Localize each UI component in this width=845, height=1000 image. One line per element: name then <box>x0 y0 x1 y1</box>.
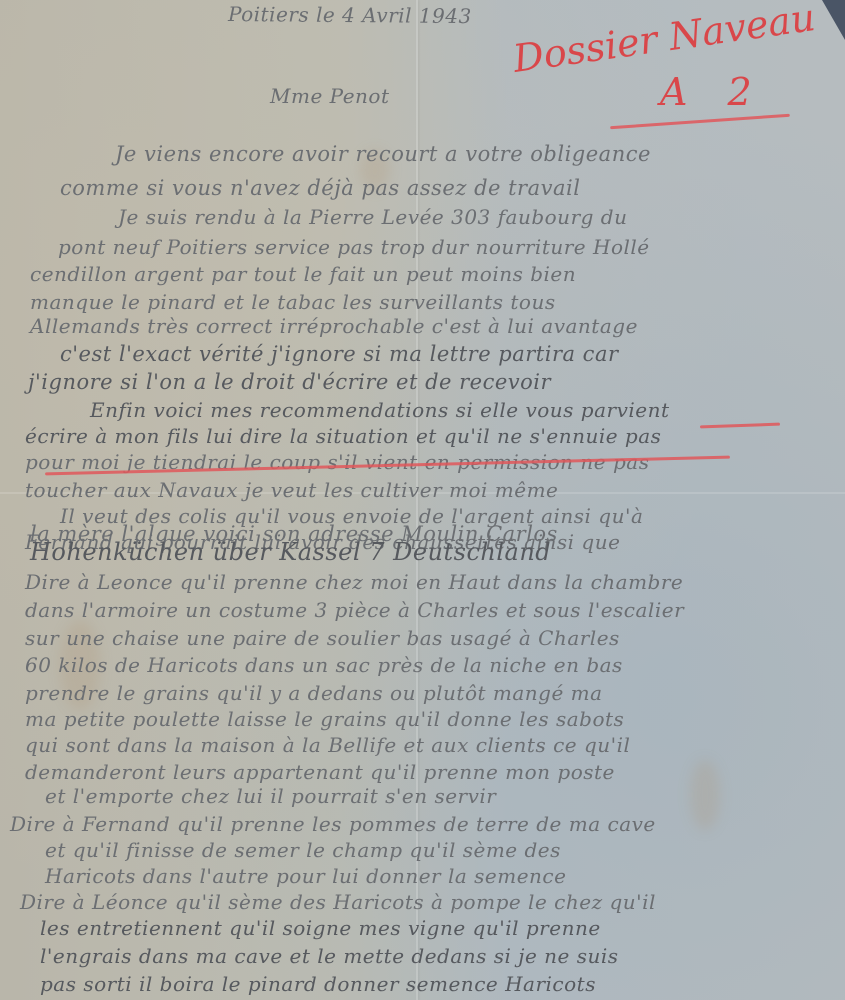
letter-line: c'est l'exact vérité j'ignore si ma lett… <box>60 342 619 366</box>
letter-line: sur une chaise une paire de soulier bas … <box>25 626 620 650</box>
letter-line: et qu'il finisse de semer le champ qu'il… <box>45 838 561 862</box>
letter-line: l'engrais dans ma cave et le mette dedan… <box>40 944 619 968</box>
letter-line: et l'emporte chez lui il pourrait s'en s… <box>45 784 496 808</box>
letter-line: demanderont leurs appartenant qu'il pren… <box>25 760 615 784</box>
letter-line: Je viens encore avoir recourt a votre ob… <box>115 142 651 166</box>
letter-line: pont neuf Poitiers service pas trop dur … <box>58 235 650 259</box>
letter-line: Allemands très correct irréprochable c'e… <box>30 314 638 338</box>
letter-line: 60 kilos de Haricots dans un sac près de… <box>25 653 623 677</box>
letter-line: Enfin voici mes recommendations si elle … <box>90 398 670 422</box>
letter-line-address: Hohenküchen über Kassel 7 Deutschland <box>30 538 551 566</box>
letter-line: toucher aux Navaux je veut les cultiver … <box>25 478 558 502</box>
letter-line: Dire à Léonce qu'il sème des Haricots à … <box>20 890 656 914</box>
letter-line: dans l'armoire un costume 3 pièce à Char… <box>25 598 684 622</box>
letter-line: Dire à Fernand qu'il prenne les pommes d… <box>10 812 656 836</box>
salutation: Mme Penot <box>270 84 390 108</box>
letter-line: Je suis rendu à la Pierre Levée 303 faub… <box>118 205 627 229</box>
letter-line: cendillon argent par tout le fait un peu… <box>30 262 576 286</box>
letter-line: prendre le grains qu'il y a dedans ou pl… <box>25 681 603 705</box>
letter-line: manque le pinard et le tabac les surveil… <box>30 290 556 314</box>
red-underline-ne-pas <box>700 423 780 429</box>
letter-line: écrire à mon fils lui dire la situation … <box>25 424 661 448</box>
letter-line: les entretiennent qu'il soigne mes vigne… <box>40 916 601 940</box>
letter-line: j'ignore si l'on a le droit d'écrire et … <box>28 370 551 394</box>
place-date: Poitiers le 4 Avril 1943 <box>228 2 472 28</box>
letter-line: Haricots dans l'autre pour lui donner la… <box>45 864 566 888</box>
letter-paper: Poitiers le 4 Avril 1943 Mme Penot Dossi… <box>0 0 845 1000</box>
letter-line: qui sont dans la maison à la Bellife et … <box>25 733 630 757</box>
letter-line: comme si vous n'avez déjà pas assez de t… <box>60 176 580 200</box>
letter-line: pas sorti il boira le pinard donner seme… <box>40 972 596 996</box>
red-annotation-dossier: Dossier Naveau <box>510 0 817 81</box>
letter-line: ma petite poulette laisse le grains qu'i… <box>25 707 624 731</box>
red-annotation-number: A 2 <box>660 70 766 114</box>
paper-stain <box>690 760 720 830</box>
red-underline <box>610 114 790 130</box>
letter-line: Dire à Leonce qu'il prenne chez moi en H… <box>25 570 683 594</box>
